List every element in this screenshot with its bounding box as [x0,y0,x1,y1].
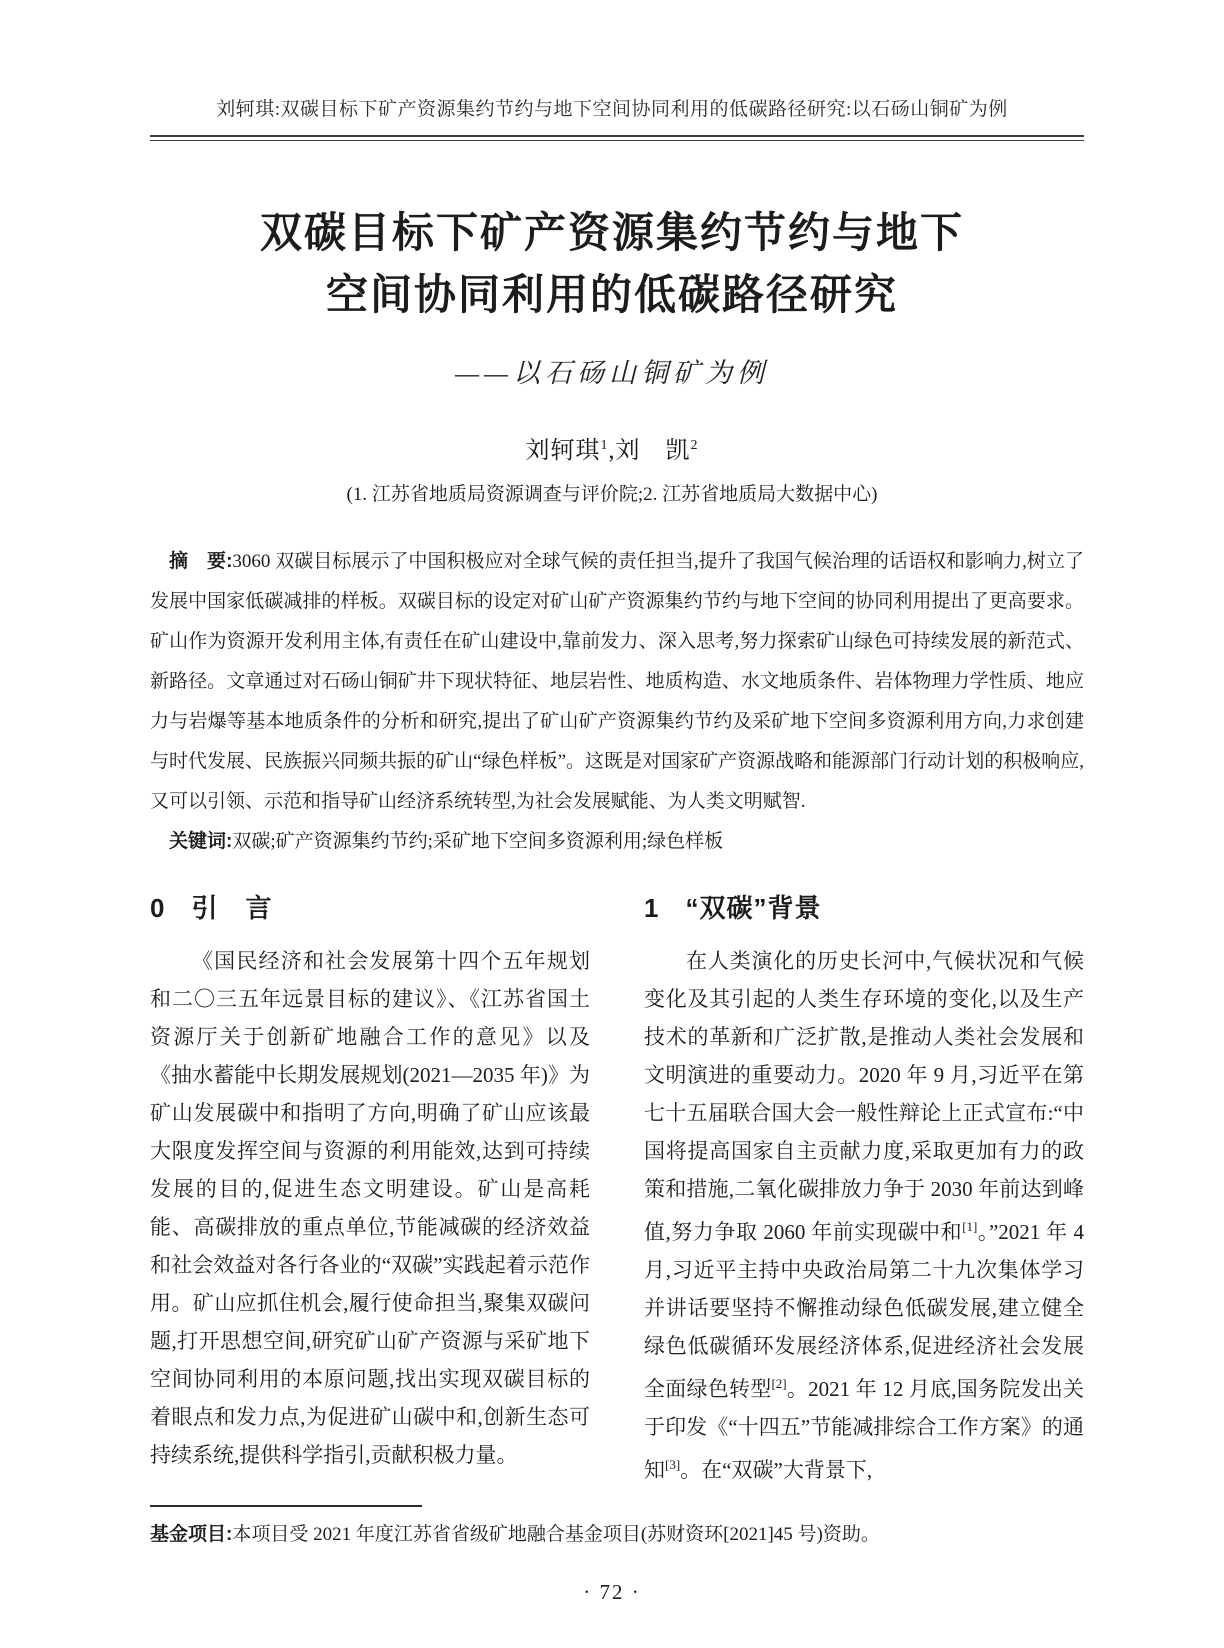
section-dual-carbon-background: 1“双碳”背景 在人类演化的历史长河中,气候状况和气候变化及其引起的人类生存环境… [644,890,1084,1489]
author-2: 刘 凯2 [616,438,699,464]
section-heading-1: 1“双碳”背景 [644,890,1084,926]
reference-marker: [2] [771,1376,786,1391]
page-number: · 72 · [0,1580,1224,1605]
footnote-label: 基金项目: [150,1524,232,1545]
body-columns: 0引 言 《国民经济和社会发展第十四个五年规划和二〇三五年远景目标的建议》、《江… [150,890,1084,1489]
footnote-text: 基金项目:本项目受 2021 年度江苏省省级矿地融合基金项目(苏财资环[2021… [150,1519,1084,1546]
article-subtitle: ——以石砀山铜矿为例 [0,351,1224,390]
reference-marker: [3] [665,1457,680,1472]
abstract-block: 摘 要:3060 双碳目标展示了中国积极应对全球气候的责任担当,提升了我国气候治… [150,542,1084,862]
paragraph: 在人类演化的历史长河中,气候状况和气候变化及其引起的人类生存环境的变化,以及生产… [644,942,1084,1489]
abstract-label: 摘 要: [169,551,232,572]
paragraph: 《国民经济和社会发展第十四个五年规划和二〇三五年远景目标的建议》、《江苏省国土资… [150,942,590,1474]
author-separator: , [609,438,616,464]
article-title-line2: 空间协同利用的低碳路径研究 [326,273,898,319]
author-1-name: 刘轲琪 [526,438,601,464]
section-title: 引 言 [191,893,272,923]
author-1: 刘轲琪1 [526,438,609,464]
affiliation-line: (1. 江苏省地质局资源调查与评价院;2. 江苏省地质局大数据中心) [0,479,1224,506]
footnote-rule [150,1505,422,1507]
section-title: “双碳”背景 [685,893,821,923]
funding-footnote: 基金项目:本项目受 2021 年度江苏省省级矿地融合基金项目(苏财资环[2021… [150,1505,1084,1546]
author-1-affil-mark: 1 [601,438,609,453]
section-number: 0 [150,893,165,923]
section-heading-0: 0引 言 [150,890,590,926]
footnote-body: 本项目受 2021 年度江苏省省级矿地融合基金项目(苏财资环[2021]45 号… [232,1524,880,1545]
keywords-label: 关键词: [169,831,232,852]
paragraph-text: 在人类演化的历史长河中,气候状况和气候变化及其引起的人类生存环境的变化,以及生产… [644,949,1084,1244]
author-2-name: 刘 凯 [616,438,691,464]
keywords-line: 关键词:双碳;矿产资源集约节约;采矿地下空间多资源利用;绿色样板 [150,822,1084,862]
author-2-affil-mark: 2 [691,438,699,453]
paragraph-text: 。”2021 年 4 月,习近平主持中央政治局第二十九次集体学习并讲话要坚持不懈… [644,1220,1084,1401]
abstract-paragraph: 摘 要:3060 双碳目标展示了中国积极应对全球气候的责任担当,提升了我国气候治… [150,542,1084,822]
keywords-text: 双碳;矿产资源集约节约;采矿地下空间多资源利用;绿色样板 [232,831,723,852]
authors-line: 刘轲琪1,刘 凯2 [0,430,1224,465]
paragraph-text: 。在“双碳”大背景下, [680,1458,872,1482]
journal-page: 刘轲琪:双碳目标下矿产资源集约节约与地下空间协同利用的低碳路径研究:以石砀山铜矿… [0,0,1224,1648]
section-number: 1 [644,893,659,923]
running-head: 刘轲琪:双碳目标下矿产资源集约节约与地下空间协同利用的低碳路径研究:以石砀山铜矿… [0,0,1224,121]
section-introduction: 0引 言 《国民经济和社会发展第十四个五年规划和二〇三五年远景目标的建议》、《江… [150,890,590,1489]
reference-marker: [1] [962,1219,977,1234]
header-double-rule [150,135,1084,141]
article-title: 双碳目标下矿产资源集约节约与地下 空间协同利用的低碳路径研究 [90,203,1134,327]
paragraph-text: 《国民经济和社会发展第十四个五年规划和二〇三五年远景目标的建议》、《江苏省国土资… [150,949,590,1467]
article-title-line1: 双碳目标下矿产资源集约节约与地下 [260,211,964,257]
abstract-text: 3060 双碳目标展示了中国积极应对全球气候的责任担当,提升了我国气候治理的话语… [150,551,1084,812]
